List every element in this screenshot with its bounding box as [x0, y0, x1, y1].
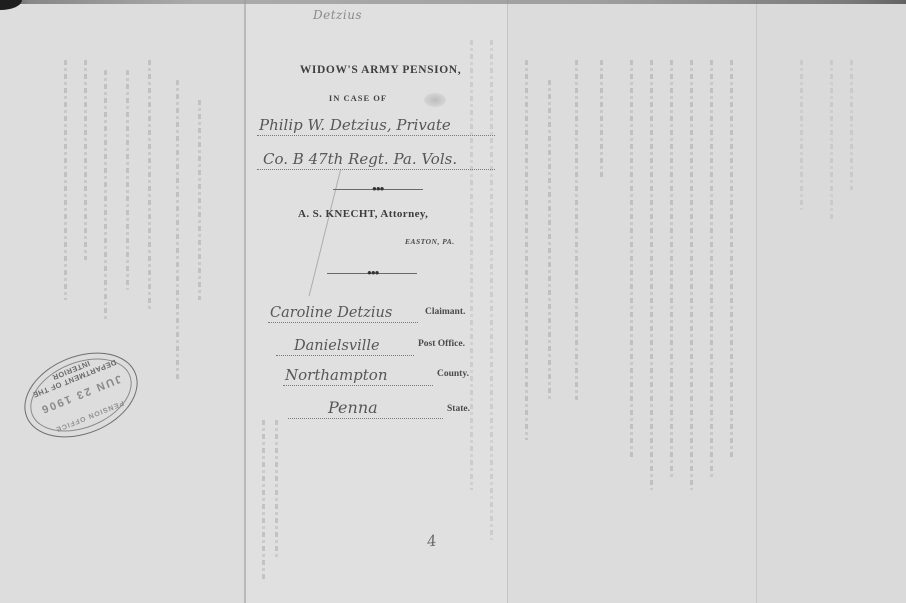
county-value: Northampton [285, 366, 388, 384]
state-value: Penna [328, 398, 378, 417]
soldier-name: Philip W. Detzius, Private [259, 116, 451, 134]
document-subtitle: IN CASE OF [258, 93, 458, 103]
state-label: State. [447, 404, 470, 414]
post-office-value: Danielsville [294, 338, 380, 354]
post-office-label: Post Office. [418, 339, 465, 349]
state-field: Penna [288, 396, 443, 419]
top-signature: Detzius [313, 8, 362, 22]
page-top-edge [0, 0, 906, 4]
county-field: Northampton [283, 361, 433, 386]
fold-line [756, 0, 757, 603]
ornament-dots-icon: ●●● [367, 269, 379, 277]
attorney-role: Attorney, [380, 208, 428, 220]
soldier-unit: Co. B 47th Regt. Pa. Vols. [263, 150, 457, 168]
attorney-line: A. S. KNECHT, Attorney, [298, 208, 428, 220]
claimant-field: Caroline Detzius [268, 300, 418, 323]
pension-document-scan: Detzius WIDOW'S ARMY PENSION, IN CASE OF… [0, 0, 906, 603]
attorney-location: EASTON, PA. [405, 237, 455, 246]
claimant-label: Claimant. [425, 307, 465, 317]
post-office-field: Danielsville [276, 333, 414, 356]
county-label: County. [437, 369, 469, 379]
ornament-dots-icon: ●●● [372, 185, 384, 193]
soldier-name-line: Philip W. Detzius, Private [257, 113, 495, 136]
claimant-value: Caroline Detzius [270, 305, 392, 321]
handwritten-number: 4 [426, 531, 438, 550]
document-title: WIDOW'S ARMY PENSION, [258, 64, 503, 76]
fold-line [507, 0, 508, 603]
attorney-name: A. S. KNECHT, [298, 208, 378, 220]
fold-line [244, 0, 246, 603]
left-fold-panel [0, 0, 245, 603]
soldier-unit-line: Co. B 47th Regt. Pa. Vols. [257, 147, 495, 170]
